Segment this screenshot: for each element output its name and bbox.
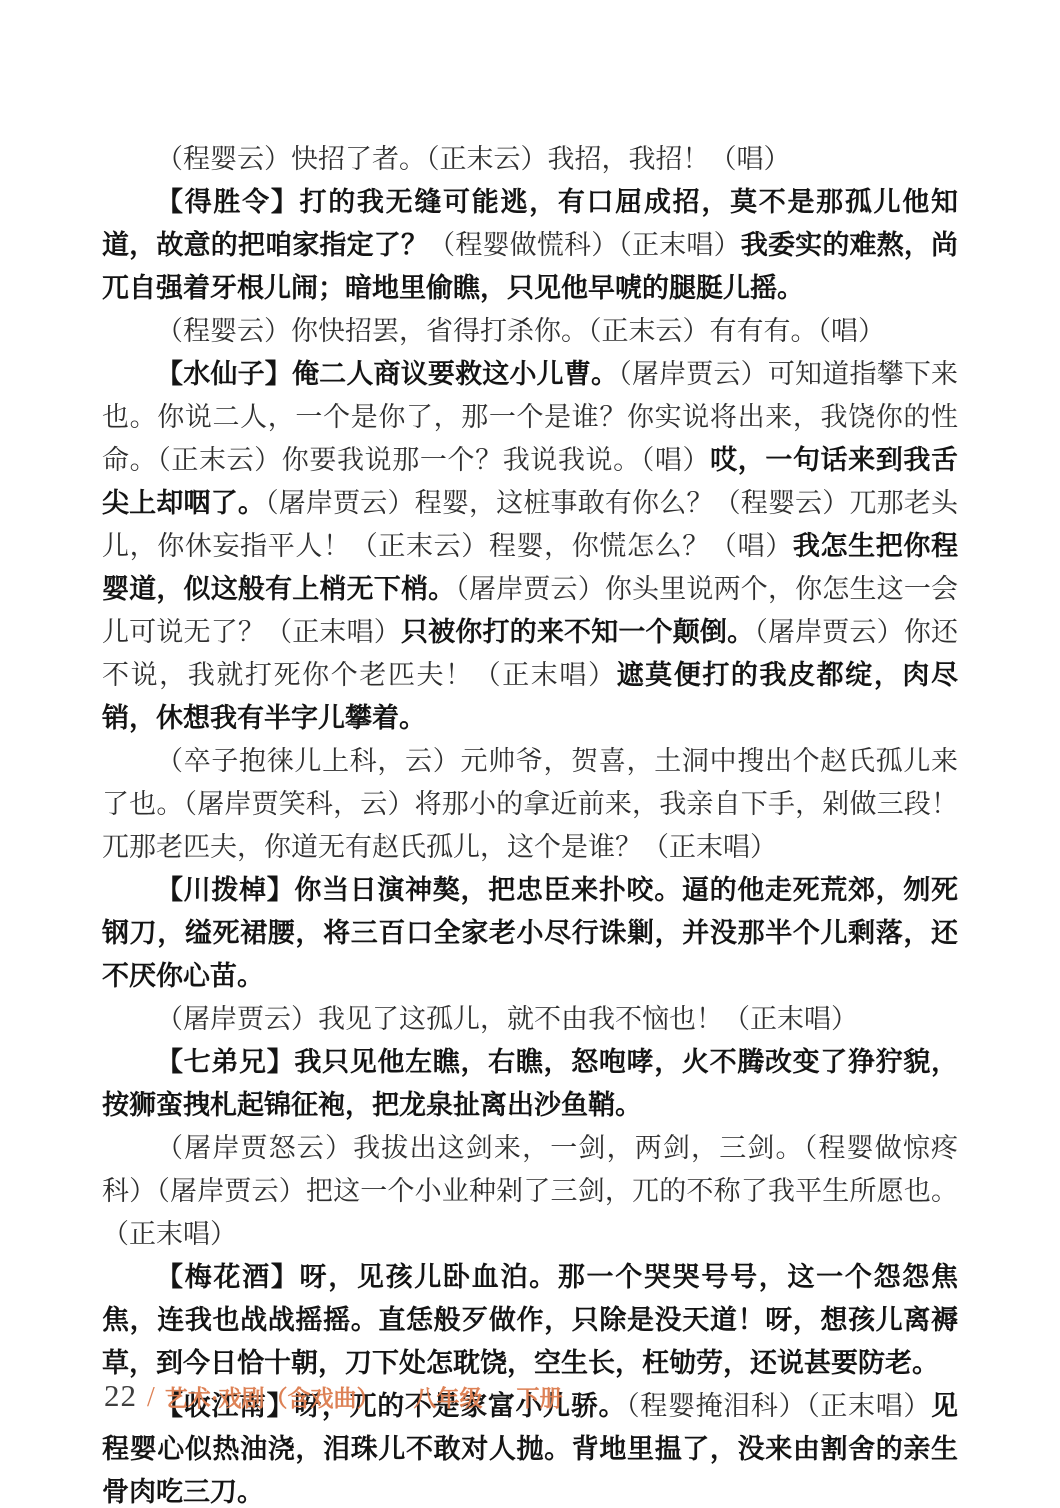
dialogue-run: （屠岸贾云）我见了这孤儿，就不由我不恼也！（正末唱） (156, 1004, 858, 1034)
footer-separator: / (147, 1382, 155, 1414)
paragraph: 【得胜令】打的我无缝可能逃，有口屈成招，莫不是那孤儿他知道，故意的把咱家指定了？… (102, 181, 958, 310)
script-text: （程婴云）快招了者。（正末云）我招，我招！（唱）【得胜令】打的我无缝可能逃，有口… (102, 138, 958, 1508)
grade-label: 八年级 (413, 1380, 482, 1413)
dialogue-run: （程婴云）你快招罢，省得打杀你。（正末云）有有有。（唱） (156, 316, 885, 346)
book-title: 艺术·戏剧（含戏曲） (165, 1380, 380, 1413)
dialogue-run: （程婴掩泪科）（正末唱） (626, 1391, 931, 1421)
lyric-run: 【水仙子】俺二人商议要救这小儿曹。 (156, 359, 618, 389)
dialogue-run: （程婴云）快招了者。（正末云）我招，我招！（唱） (156, 144, 791, 174)
page-footer: 22 / 艺术·戏剧（含戏曲） 八年级 下册 (104, 1378, 562, 1414)
paragraph: （程婴云）你快招罢，省得打杀你。（正末云）有有有。（唱） (102, 310, 958, 353)
volume-label: 下册 (516, 1380, 562, 1413)
textbook-page: （程婴云）快招了者。（正末云）我招，我招！（唱）【得胜令】打的我无缝可能逃，有口… (0, 0, 1060, 1508)
dialogue-run: （程婴做慌科）（正末唱） (428, 230, 741, 260)
lyric-run: 只被你打的来不知一个颠倒。 (401, 617, 754, 647)
paragraph: 【七弟兄】我只见他左瞧，右瞧，怒咆哮，火不腾改变了狰狞貌，按狮蛮拽札起锦征袍，把… (102, 1041, 958, 1127)
dialogue-run: （屠岸贾怒云）我拔出这剑来，一剑，两剑，三剑。（程婴做惊疼科）（屠岸贾云）把这一… (102, 1133, 958, 1249)
paragraph: （程婴云）快招了者。（正末云）我招，我招！（唱） (102, 138, 958, 181)
paragraph: 【川拨棹】你当日演神獒，把忠臣来扑咬。逼的他走死荒郊，刎死钢刀，缢死裙腰，将三百… (102, 869, 958, 998)
lyric-run: 【川拨棹】你当日演神獒，把忠臣来扑咬。逼的他走死荒郊，刎死钢刀，缢死裙腰，将三百… (102, 875, 958, 991)
paragraph: （卒子抱徕儿上科，云）元帅爷，贺喜，土洞中搜出个赵氏孤儿来了也。（屠岸贾笑科，云… (102, 740, 958, 869)
page-number: 22 (104, 1378, 137, 1414)
paragraph: 【梅花酒】呀，见孩儿卧血泊。那一个哭哭号号，这一个怨怨焦焦，连我也战战摇摇。直恁… (102, 1256, 958, 1385)
paragraph: （屠岸贾云）我见了这孤儿，就不由我不恼也！（正末唱） (102, 998, 958, 1041)
lyric-run: 【七弟兄】我只见他左瞧，右瞧，怒咆哮，火不腾改变了狰狞貌，按狮蛮拽札起锦征袍，把… (102, 1047, 958, 1120)
paragraph: （屠岸贾怒云）我拔出这剑来，一剑，两剑，三剑。（程婴做惊疼科）（屠岸贾云）把这一… (102, 1127, 958, 1256)
paragraph: 【水仙子】俺二人商议要救这小儿曹。（屠岸贾云）可知道指攀下来也。你说二人，一个是… (102, 353, 958, 740)
dialogue-run: （卒子抱徕儿上科，云）元帅爷，贺喜，土洞中搜出个赵氏孤儿来了也。（屠岸贾笑科，云… (102, 746, 958, 862)
lyric-run: 【梅花酒】呀，见孩儿卧血泊。那一个哭哭号号，这一个怨怨焦焦，连我也战战摇摇。直恁… (102, 1262, 958, 1378)
